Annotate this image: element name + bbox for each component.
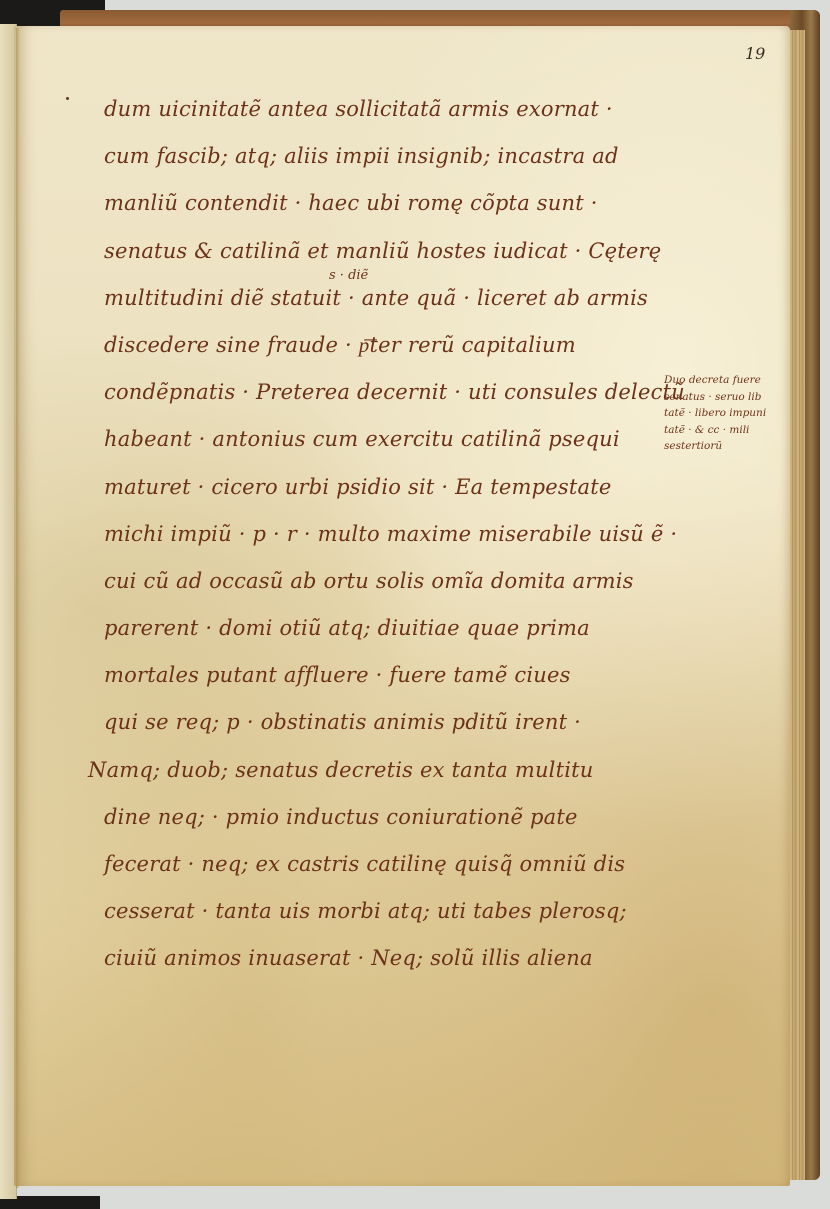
marginal-note: Duo decreta fuere senatus · seruo lib ta… [664,372,794,455]
marginal-note-line: tatẽ · & cc · mili [664,422,794,439]
folio-number: 19 [745,44,765,63]
text-line: qui se req; p · obstinatis animis pditũ … [88,699,648,746]
pricking-mark [66,97,69,100]
text-line: senatus & catilinã et manliũ hostes iudi… [88,228,648,275]
text-line: habeant · antonius cum exercitu catilinã… [88,416,648,463]
text-line: mortales putant affluere · fuere tamẽ ci… [88,652,648,699]
text-line: cui cũ ad occasũ ab ortu solis omĩa domi… [88,558,648,605]
main-text-block: dum uicinitatẽ antea sollicitatã armis e… [88,86,648,983]
text-line: fecerat · neq; ex castris catilinę quisq… [88,841,648,888]
text-line: multitudini diẽ statuit · ante quã · lic… [88,275,648,322]
text-line: cum fascib; atq; aliis impii insignib; i… [88,133,648,180]
text-line: cesserat · tanta uis morbi atq; uti tabe… [88,888,648,935]
marginal-note-line: Duo decreta fuere [664,372,794,389]
text-line: michi impiũ · p · r · multo maxime miser… [88,511,648,558]
marginal-note-line: sestertiorũ [664,438,794,455]
text-line: parerent · domi otiũ atq; diuitiae quae … [88,605,648,652]
text-line: condẽpnatis · Preterea decernit · uti co… [88,369,648,416]
marginal-note-line: tatẽ · libero impuni [664,405,794,422]
text-line: maturet · cicero urbi psidio sit · Ea te… [88,464,648,511]
text-line-initial: Namq; duob; senatus decretis ex tanta mu… [88,747,648,794]
text-line: manliũ contendit · haec ubi romę cõpta s… [88,180,648,227]
gutter-shadow [16,28,20,1188]
text-line: dine neq; · pmio inductus coniurationẽ p… [88,794,648,841]
marginal-note-line: senatus · seruo lib [664,389,794,406]
text-line: ciuiũ animos inuaserat · Neq; solũ illis… [88,935,648,982]
text-line: dum uicinitatẽ antea sollicitatã armis e… [88,86,648,133]
text-line: discedere sine fraude · p͞ter rerũ capit… [88,322,648,369]
